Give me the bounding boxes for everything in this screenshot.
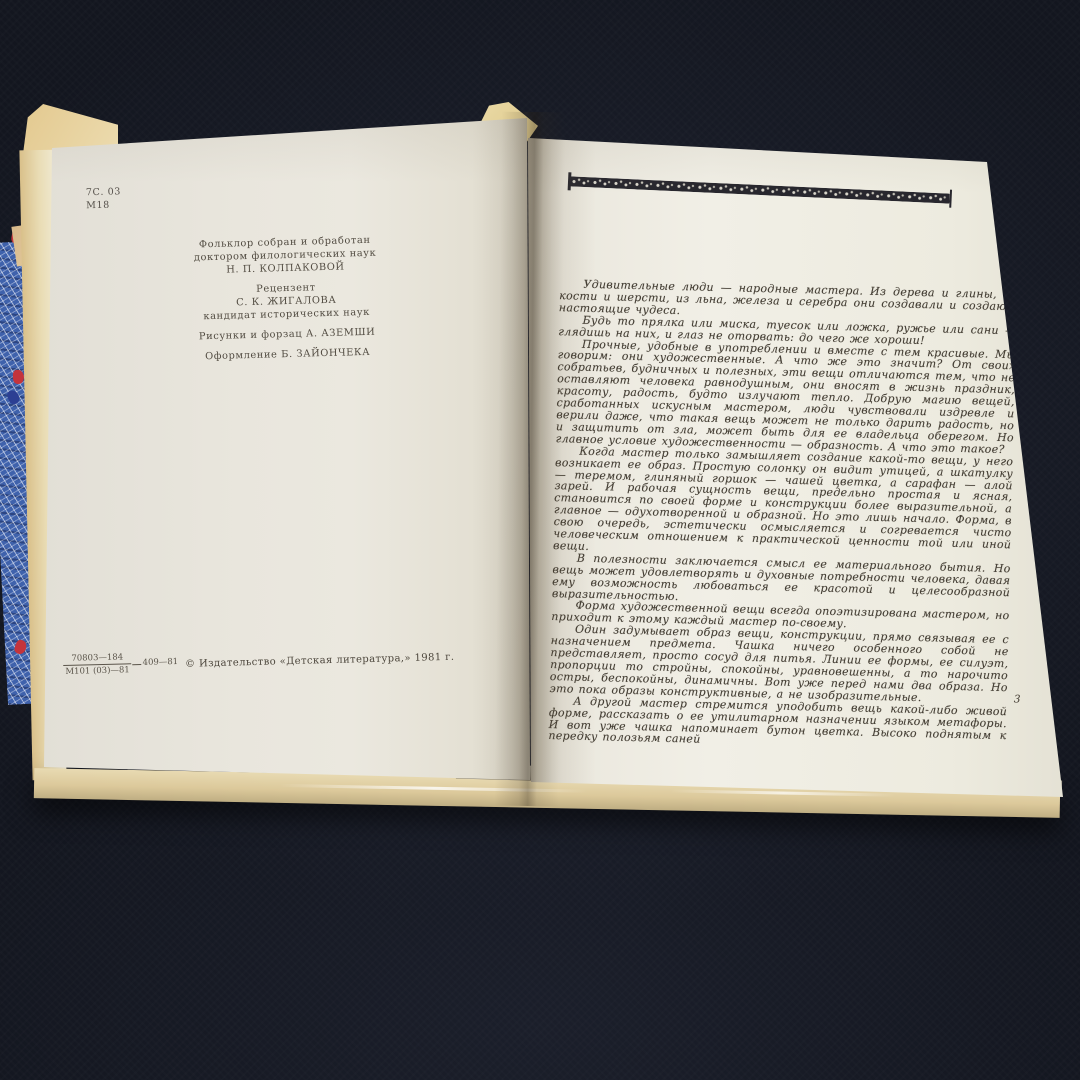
body-text: Удивительные люди — народные мастера. Из… — [548, 278, 1017, 753]
imprint-line: С. К. ЖИГАЛОВА — [34, 288, 539, 314]
right-page-content: Удивительные люди — народные мастера. Из… — [517, 125, 1078, 814]
right-page: Удивительные люди — народные мастера. Из… — [525, 132, 1070, 808]
code-line: 7С. 03 — [86, 186, 121, 199]
imprint-block: Фольклор собран и обработан доктором фил… — [32, 229, 540, 374]
left-page: 7С. 03 М18 Фольклор собран и обработан д… — [38, 112, 543, 812]
imprint-line: Фольклор собран и обработан — [32, 229, 537, 255]
imprint-illustrations: Рисунки и форзац А. АЗЕМШИ — [35, 321, 540, 347]
paragraph: В полезности заключается смысл ее матери… — [552, 552, 1011, 611]
catalog-number: 70803—184 М101 (03)—81 409—81 — [63, 651, 179, 677]
paragraph: А другой мастер стремится уподобить вещь… — [548, 695, 1007, 754]
code-line: М18 — [86, 199, 121, 212]
imprint-line: Н. П. КОЛПАКОВОЙ — [33, 255, 538, 281]
endpaper-red-fleck — [13, 639, 28, 656]
copyright-line: © Издательство «Детская литература,» 198… — [91, 649, 548, 672]
paragraph: Прочные, удобные в употреблении и вместе… — [556, 338, 1016, 456]
left-page-content: 7С. 03 М18 Фольклор собран и обработан д… — [29, 106, 552, 819]
imprint-design: Оформление Б. ЗАЙОНЧЕКА — [35, 341, 540, 367]
classification-code: 7С. 03 М18 — [86, 186, 122, 212]
paragraph: Будь то прялка или миска, туесок или лож… — [558, 314, 1016, 349]
catalog-suffix: 409—81 — [142, 657, 178, 668]
endpaper-blue-fleck — [6, 389, 22, 406]
floral-band-ornament — [570, 176, 950, 203]
paragraph: Форма художественной вещи всегда опоэтиз… — [551, 600, 1009, 635]
endpaper-red-fleck — [13, 370, 25, 385]
fraction-bar-extension — [133, 664, 142, 665]
page-number: 3 — [1014, 693, 1021, 705]
catalog-numerator: 70803—184 — [63, 652, 132, 666]
catalog-denominator: М101 (03)—81 — [63, 664, 132, 677]
photo-background: 7С. 03 М18 Фольклор собран и обработан д… — [0, 0, 1080, 1080]
imprint-folklore: Фольклор собран и обработан доктором фил… — [32, 229, 538, 281]
imprint-line: Рецензент — [33, 275, 538, 301]
paragraph: Один задумывает образ вещи, конструкции,… — [549, 623, 1009, 706]
imprint-reviewer: Рецензент С. К. ЖИГАЛОВА кандидат истори… — [33, 275, 539, 327]
imprint-line: кандидат исторических наук — [34, 301, 539, 327]
paragraph: Когда мастер только замышляет создание к… — [553, 445, 1013, 563]
imprint-line: доктором филологических наук — [33, 242, 538, 268]
catalog-fraction: 70803—184 М101 (03)—81 — [63, 652, 132, 677]
paragraph: Удивительные люди — народные мастера. Из… — [559, 278, 1018, 325]
